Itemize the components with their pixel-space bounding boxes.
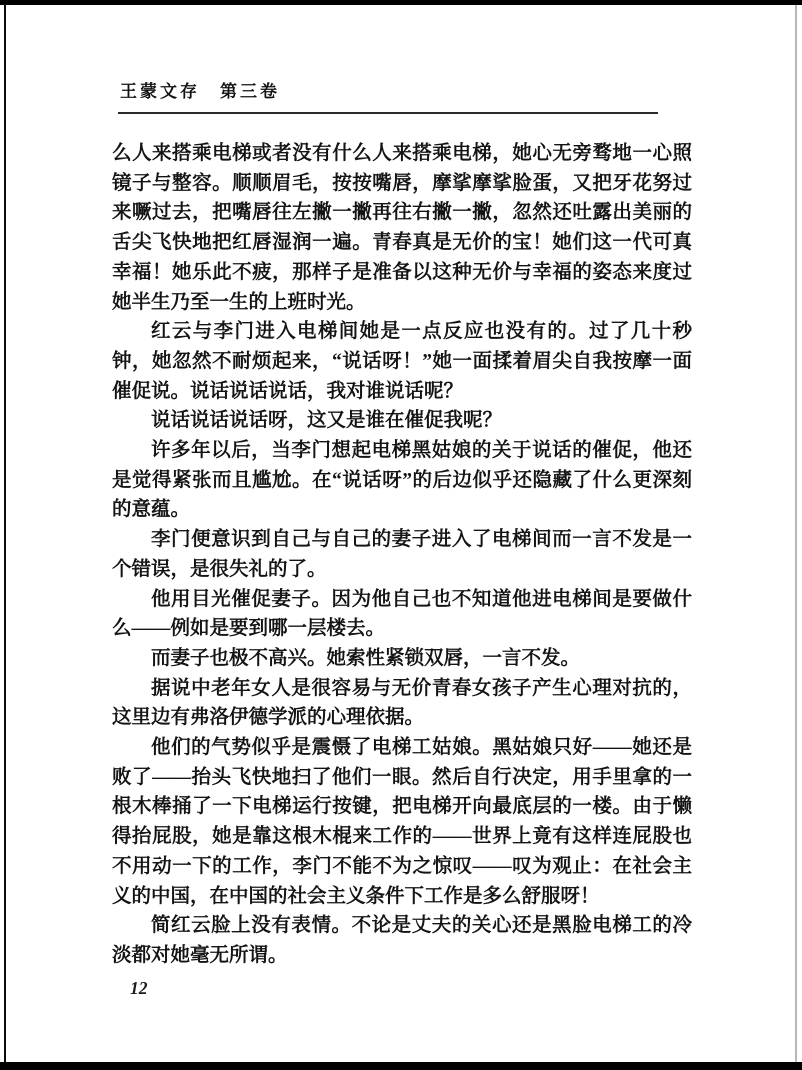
paragraph: 据说中老年女人是很容易与无价青春女孩子产生心理对抗的，这里边有弗洛伊德学派的心理… — [112, 674, 692, 733]
paragraph: 他们的气势似乎是震慑了电梯工姑娘。黑姑娘只好——她还是败了——抬头飞快地扫了他们… — [112, 733, 692, 911]
scan-border-top — [0, 0, 802, 5]
paragraph: 么人来搭乘电梯或者没有什么人来搭乘电梯，她心无旁骛地一心照镜子与整容。顺顺眉毛，… — [112, 139, 692, 317]
scanned-book-page: { "header": { "title": "王蒙文存 第三卷" }, "co… — [0, 0, 802, 1070]
header-rule — [118, 112, 658, 114]
paragraph: 许多年以后，当李门想起电梯黑姑娘的关于说话的催促，他还是觉得紧张而且尴尬。在“说… — [112, 436, 692, 525]
paragraph: 他用目光催促妻子。因为他自己也不知道他进电梯间是要做什么——例如是要到哪一层楼去… — [112, 585, 692, 644]
paragraph: 红云与李门进入电梯间她是一点反应也没有的。过了几十秒钟，她忽然不耐烦起来，“说话… — [112, 317, 692, 406]
paragraph: 李门便意识到自己与自己的妻子进入了电梯间而一言不发是一个错误，是很失礼的了。 — [112, 525, 692, 584]
paragraph: 而妻子也极不高兴。她索性紧锁双唇，一言不发。 — [112, 644, 692, 674]
scan-border-bottom — [0, 1062, 802, 1070]
scan-border-right — [795, 5, 797, 1062]
paragraph: 简红云脸上没有表情。不论是丈夫的关心还是黑脸电梯工的冷淡都对她毫无所谓。 — [112, 911, 692, 970]
paragraph: 说话说话说话呀，这又是谁在催促我呢？ — [112, 406, 692, 436]
body-text-block: 么人来搭乘电梯或者没有什么人来搭乘电梯，她心无旁骛地一心照镜子与整容。顺顺眉毛，… — [112, 139, 692, 971]
running-header-title: 王蒙文存 第三卷 — [120, 77, 280, 102]
page-number: 12 — [130, 978, 148, 999]
scan-border-left — [4, 4, 6, 1062]
